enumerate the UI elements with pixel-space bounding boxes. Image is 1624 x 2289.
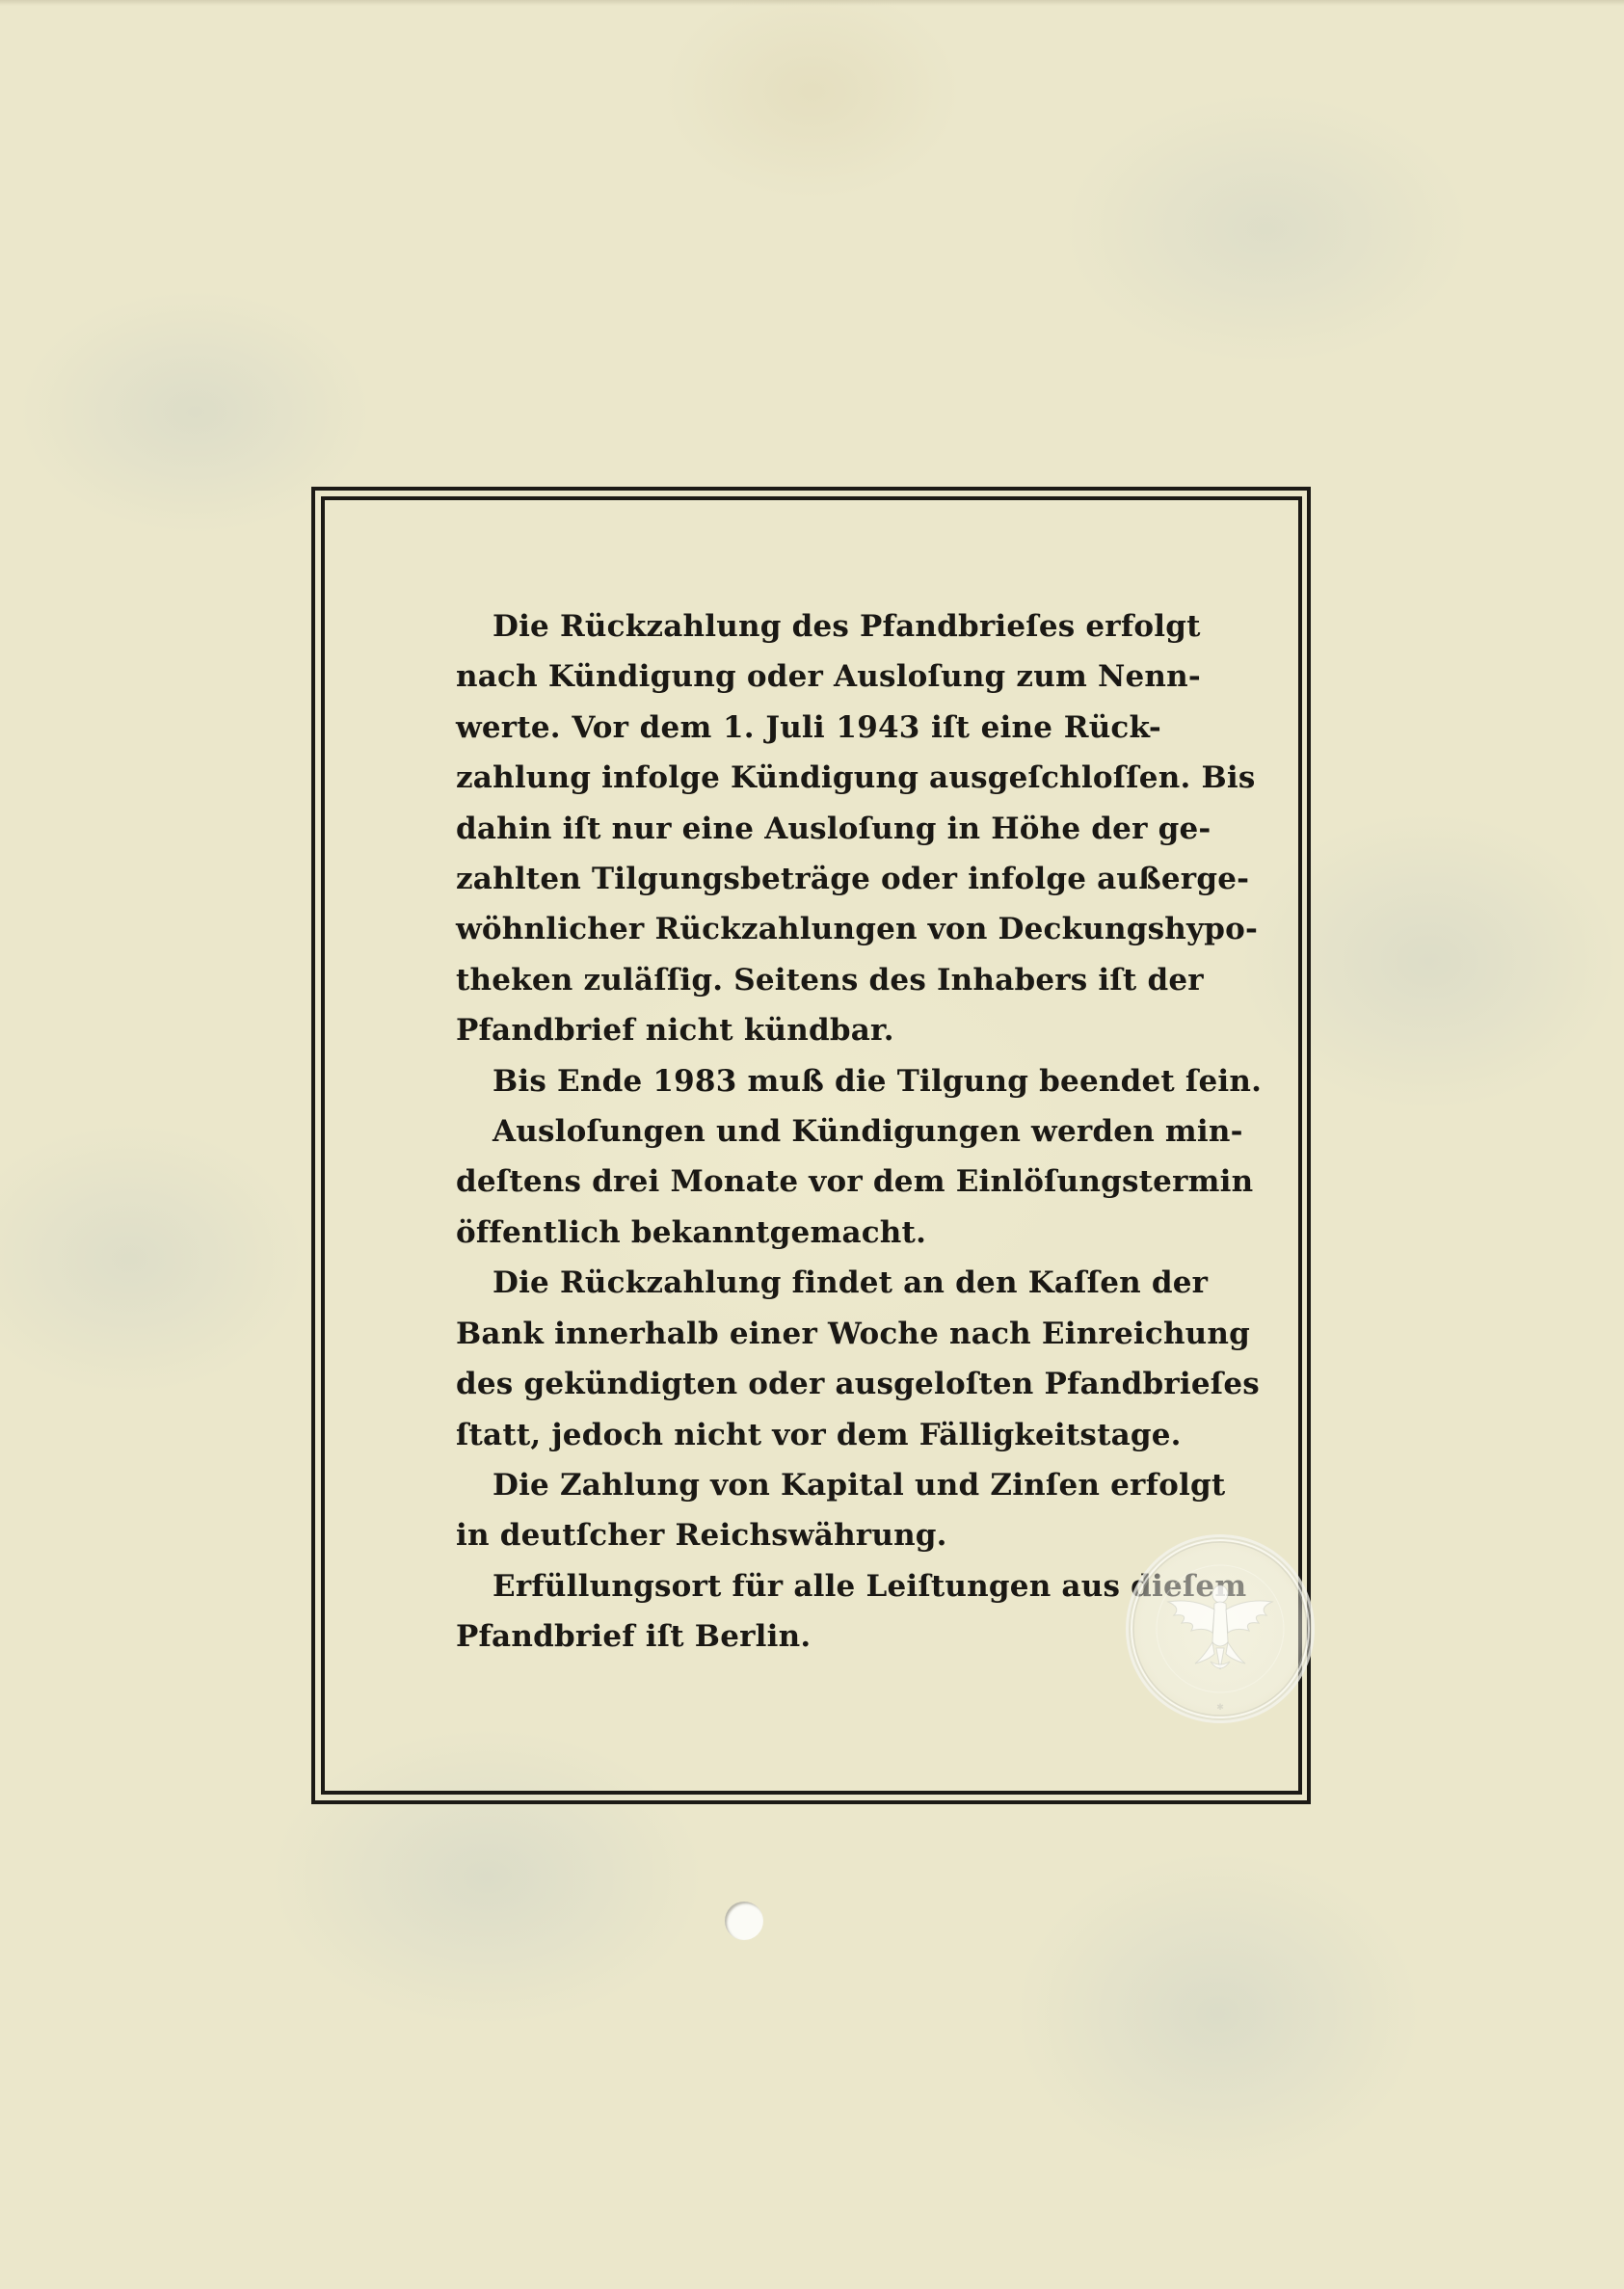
text-line: ſtatt, jedoch nicht vor dem Fälligkeitst… (456, 1410, 1161, 1460)
text-line: zahlten Tilgungsbeträge oder infolge auß… (456, 854, 1161, 904)
svg-text:✱: ✱ (1216, 1703, 1224, 1713)
text-line: Bis Ende 1983 muß die Tilgung beendet ſe… (456, 1056, 1161, 1106)
text-line: zahlung infolge Kündigung ausgeſchloſſen… (456, 753, 1161, 803)
text-line: Die Rückzahlung findet an den Kaſſen der (456, 1258, 1161, 1308)
text-line: des gekündigten oder ausgeloſten Pfandbr… (456, 1359, 1161, 1409)
text-line: öffentlich bekanntgemacht. (456, 1208, 1161, 1258)
text-line: Ausloſungen und Kündigungen werden min- (456, 1106, 1161, 1157)
text-line: deſtens drei Monate vor dem Einlöſungste… (456, 1157, 1161, 1207)
text-line: nach Kündigung oder Ausloſung zum Nenn- (456, 652, 1161, 702)
terms-text-block: Die Rückzahlung des Pfandbrieſes erfolgt… (456, 601, 1161, 1663)
text-line: werte. Vor dem 1. Juli 1943 iſt eine Rüc… (456, 703, 1161, 753)
text-line: Pfandbrief nicht kündbar. (456, 1005, 1161, 1055)
text-line: Erfüllungsort für alle Leiſtungen aus di… (456, 1561, 1161, 1611)
paragraph-public-notice: Ausloſungen und Kündigungen werden min- … (456, 1106, 1161, 1258)
text-line: Pfandbrief iſt Berlin. (456, 1611, 1161, 1662)
text-line: Die Zahlung von Kapital und Zinſen erfol… (456, 1460, 1161, 1510)
text-line: dahin iſt nur eine Ausloſung in Höhe der… (456, 804, 1161, 854)
text-line: theken zuläſſig. Seitens des Inhabers iſ… (456, 955, 1161, 1005)
text-line: Die Rückzahlung des Pfandbrieſes erfolgt (456, 601, 1161, 652)
embossed-eagle-seal: ✱ (1126, 1534, 1315, 1723)
eagle-seal-icon: ✱ (1126, 1534, 1315, 1723)
text-line: in deutſcher Reichswährung. (456, 1510, 1161, 1560)
paragraph-payment-location: Die Rückzahlung findet an den Kaſſen der… (456, 1258, 1161, 1460)
paragraph-repayment-terms: Die Rückzahlung des Pfandbrieſes erfolgt… (456, 601, 1161, 1056)
paragraph-currency: Die Zahlung von Kapital und Zinſen erfol… (456, 1460, 1161, 1561)
text-line: wöhnlicher Rückzahlungen von Deckungshyp… (456, 904, 1161, 954)
paragraph-redemption-deadline: Bis Ende 1983 muß die Tilgung beendet ſe… (456, 1056, 1161, 1106)
paragraph-place-of-performance: Erfüllungsort für alle Leiſtungen aus di… (456, 1561, 1161, 1663)
text-line: Bank innerhalb einer Woche nach Einreich… (456, 1309, 1161, 1359)
paper-top-edge (0, 0, 1624, 6)
punch-hole (725, 1902, 763, 1940)
